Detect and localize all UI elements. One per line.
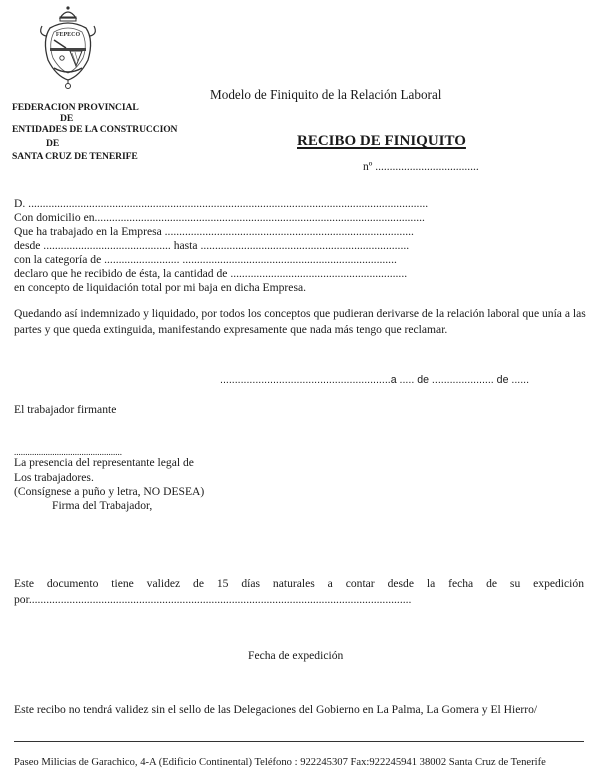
footer-address: Paseo Milicias de Garachico, 4-A (Edific… [14,757,546,768]
organization-name-line: DE [46,138,59,149]
worker-signature-label: El trabajador firmante [14,403,116,417]
settlement-paragraph: Quedando así indemnizado y liquidado, po… [14,306,596,338]
legal-representative-text: Los trabajadores. [14,471,94,485]
validity-statement: Este documento tiene validez de 15 días … [14,576,584,592]
receipt-number-field: nº .................................... [363,161,479,173]
organization-name-line: ENTIDADES DE LA CONSTRUCCION [12,124,177,135]
legal-representative-text: La presencia del representante legal de [14,456,194,470]
amount-field: declaro que he recibido de ésta, la cant… [14,267,407,281]
document-title: RECIBO DE FINIQUITO [297,133,466,150]
address-field: Con domicilio en........................… [14,211,425,225]
handwritten-note-text: (Consígnese a puño y letra, NO DESEA) [14,485,204,499]
category-field: con la categoría de ....................… [14,253,397,267]
company-field: Que ha trabajado en la Empresa .........… [14,225,414,239]
document-subtitle: Modelo de Finiquito de la Relación Labor… [210,87,441,103]
svg-text:FEPECO: FEPECO [56,32,81,38]
issue-date-label: Fecha de expedición [248,649,343,662]
organization-name-line: FEDERACION PROVINCIAL [12,102,139,113]
liquidation-concept-text: en concepto de liquidación total por mi … [14,281,306,295]
date-range-field: desde ..................................… [14,239,409,253]
worker-signature-caption: Firma del Trabajador, [52,499,152,513]
name-field: D. .....................................… [14,197,428,211]
organization-name-line: DE [60,113,73,124]
footer-divider [14,741,584,742]
organization-name-line: SANTA CRUZ DE TENERIFE [12,151,138,162]
fepeco-crest-icon: FEPECO [36,4,100,90]
seal-notice: Este recibo no tendrá validez sin el sel… [14,703,537,716]
validity-issuer-field: por.....................................… [14,593,411,607]
place-date-line: ........................................… [220,374,529,386]
